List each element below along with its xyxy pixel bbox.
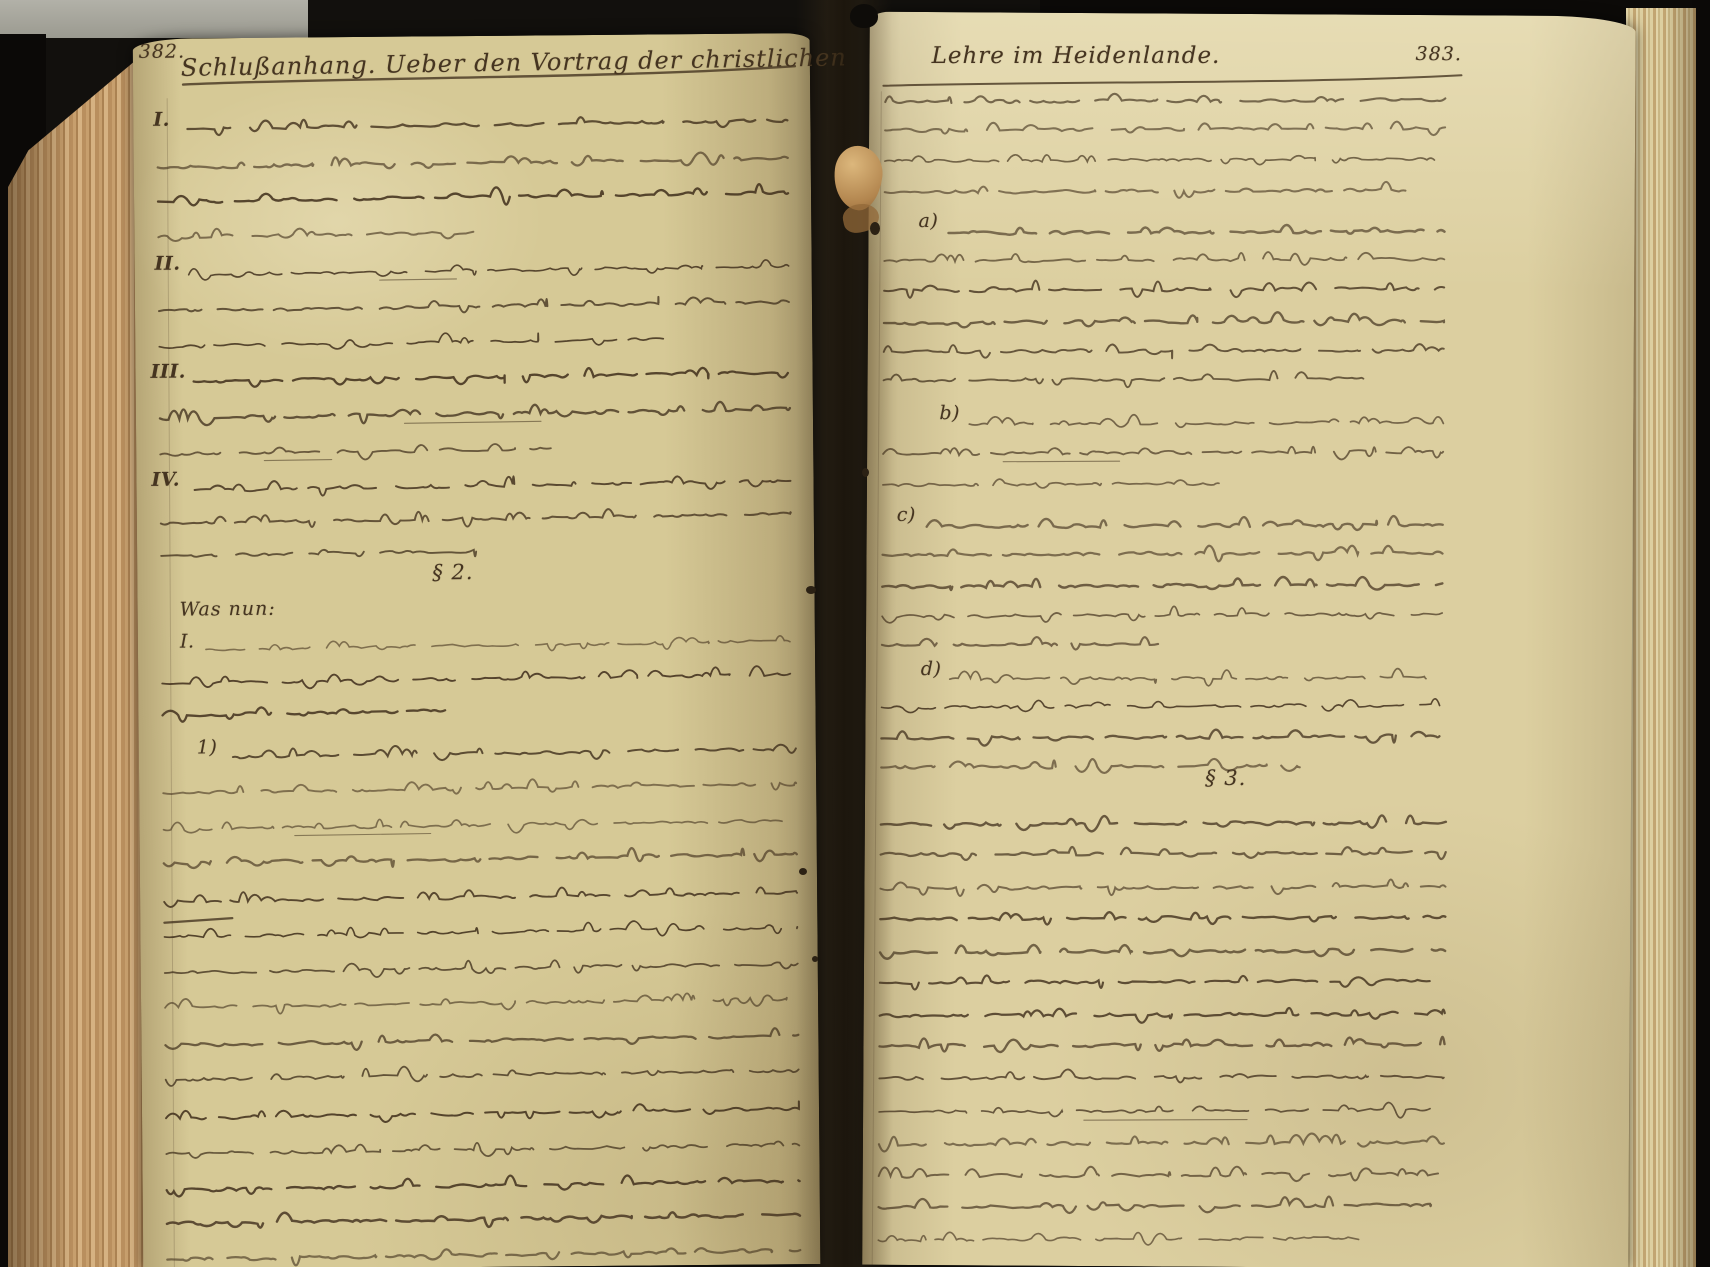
section-mark-2: § 2.: [432, 560, 473, 584]
paragraph-marker: I.: [153, 109, 170, 131]
ink-blot-spot: [799, 868, 807, 875]
ink-blot-spot: [870, 222, 880, 235]
ink-blot-spot: [812, 956, 818, 962]
handwriting-right: [862, 12, 1636, 1267]
page-block-fore-edge-left: [8, 40, 154, 1267]
paragraph-marker: c): [897, 504, 916, 526]
ink-blot-spot: [862, 468, 869, 477]
right-page-number: 383.: [1416, 43, 1462, 65]
paragraph-marker: III.: [150, 361, 185, 383]
handwriting-left: [133, 33, 821, 1267]
right-page: Lehre im Heidenlande. 383. § 3. a)b)c)d): [862, 12, 1636, 1267]
paragraph-marker: 1): [197, 736, 218, 758]
ink-blot-spot: [806, 586, 816, 594]
open-book-photograph: 382. Schlußanhang. Ueber den Vortrag der…: [0, 0, 1710, 1267]
gutter-top-notch: [850, 4, 878, 28]
paragraph-marker: I.: [180, 630, 195, 652]
section-mark-3: § 3.: [1205, 766, 1246, 790]
paragraph-marker: IV.: [151, 469, 180, 491]
left-page-number: 382.: [139, 41, 186, 63]
intro-phrase: Was nun:: [180, 598, 276, 621]
left-page: 382. Schlußanhang. Ueber den Vortrag der…: [133, 33, 821, 1267]
page-block-fore-edge-right: [1626, 8, 1696, 1267]
right-running-header: Lehre im Heidenlande.: [932, 43, 1221, 69]
paragraph-marker: d): [921, 658, 942, 680]
paragraph-marker: II.: [155, 253, 181, 275]
background-surface: [0, 0, 308, 38]
paragraph-marker: a): [918, 210, 938, 232]
paragraph-marker: b): [939, 402, 960, 424]
